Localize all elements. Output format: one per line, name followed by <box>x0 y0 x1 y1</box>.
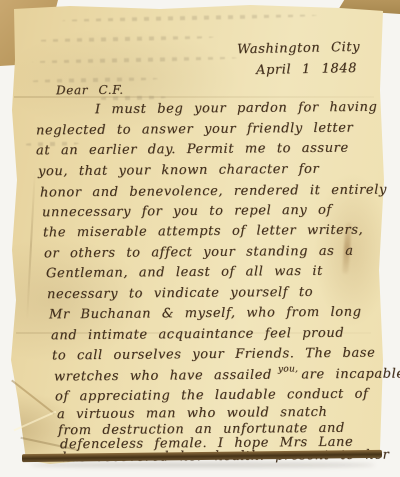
letter-line: I must beg your pardon for having <box>95 100 378 117</box>
letter-line: of appreciating the laudable conduct of <box>55 387 369 405</box>
letter-line: you, that your known character for <box>38 162 319 179</box>
letter-line: unnecessary for you to repel any of <box>42 203 332 221</box>
letter-line: necessary to vindicate yourself to <box>47 285 313 302</box>
dateline-place: Washington City <box>237 40 360 58</box>
letter-line: and intimate acquaintance feel proud <box>51 326 344 344</box>
dateline-date: April 1 1848 <box>256 61 357 78</box>
letter-line: Mr Buchanan & myself, who from long <box>49 305 362 323</box>
letter-line: honor and benevolence, rendered it entir… <box>40 182 387 200</box>
letter-line: a virtuous man who would snatch <box>57 405 328 422</box>
letter-line: the miserable attempts of letter writers… <box>43 223 363 241</box>
letter-line: neglected to answer your friendly letter <box>36 121 353 139</box>
paper-shadow <box>30 462 375 468</box>
letter-line: Gentleman, and least of all was it <box>46 264 323 281</box>
line-text: are incapable <box>301 366 400 382</box>
scanned-letter-page: Washington City April 1 1848 Dear C.F. I… <box>0 0 400 477</box>
letter-line: to call ourselves your Friends. The base <box>52 346 375 364</box>
letter-line-with-insertion: wretches who have assailedyou,are incapa… <box>54 366 400 386</box>
letter-line: at an earlier day. Permit me to assure <box>36 141 349 159</box>
letter-line: or others to affect your standing as a <box>44 244 354 262</box>
inserted-word-superscript: you, <box>278 362 299 377</box>
line-text: wretches who have assailed <box>54 368 272 385</box>
salutation: Dear C.F. <box>56 83 124 99</box>
